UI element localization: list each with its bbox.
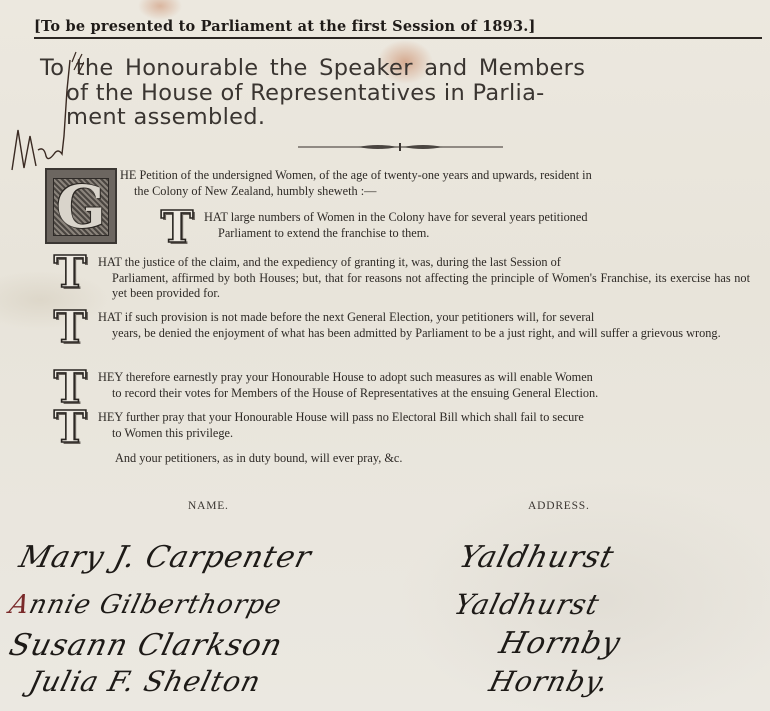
paragraph-3: HAT if such provision is not made before… bbox=[98, 310, 750, 341]
signature-name-1: Mary J. Carpenter bbox=[16, 540, 316, 575]
closing-line: And your petitioners, as in duty bound, … bbox=[115, 451, 615, 467]
signature-name-2: Annie Gilberthorpe bbox=[6, 590, 285, 620]
signature-name-3: Susann Clarkson bbox=[6, 628, 287, 663]
paragraph-5-line-1: HEY further pray that your Honourable Ho… bbox=[98, 410, 750, 426]
paragraph-2-cont: Parliament, affirmed by both Houses; but… bbox=[98, 271, 750, 302]
paragraph-2-line-1: HAT the justice of the claim, and the ex… bbox=[98, 255, 750, 271]
ornate-initial-letter: G bbox=[47, 176, 115, 238]
handwritten-margin-note-icon bbox=[4, 50, 84, 180]
paragraph-3-line-1: HAT if such provision is not made before… bbox=[98, 310, 750, 326]
session-header: [To be presented to Parliament at the fi… bbox=[34, 18, 762, 35]
signature-address-1: Yaldhurst bbox=[456, 540, 618, 575]
address-block: To the Honourable the Speaker and Member… bbox=[40, 56, 760, 130]
paragraph-1-cont: Parliament to extend the franchise to th… bbox=[204, 226, 749, 242]
paragraph-3-cont: years, be denied the enjoyment of what h… bbox=[98, 326, 750, 342]
ornate-initial-block: G bbox=[45, 168, 117, 244]
drop-cap-t-3: T bbox=[45, 310, 95, 350]
preamble-line-2: the Colony of New Zealand, humbly shewet… bbox=[120, 184, 750, 200]
signature-name-4: Julia F. Shelton bbox=[26, 665, 265, 698]
paragraph-1: HAT large numbers of Women in the Colony… bbox=[204, 210, 749, 241]
signature-address-4: Hornby. bbox=[486, 665, 613, 698]
petition-page: [To be presented to Parliament at the fi… bbox=[0, 0, 770, 711]
paragraph-2: HAT the justice of the claim, and the ex… bbox=[98, 255, 750, 302]
paragraph-4: HEY therefore earnestly pray your Honour… bbox=[98, 370, 750, 401]
paragraph-5-cont: to Women this privilege. bbox=[98, 426, 750, 442]
decorative-rule-icon bbox=[298, 143, 503, 151]
paragraph-4-cont: to record their votes for Members of the… bbox=[98, 386, 750, 402]
address-line-2: of the House of Representatives in Parli… bbox=[40, 81, 760, 106]
preamble-paragraph: HE Petition of the undersigned Women, of… bbox=[120, 168, 750, 199]
preamble-line-1: HE Petition of the undersigned Women, of… bbox=[120, 168, 750, 184]
paragraph-1-line-1: HAT large numbers of Women in the Colony… bbox=[204, 210, 749, 226]
paragraph-5: HEY further pray that your Honourable Ho… bbox=[98, 410, 750, 441]
drop-cap-t-5: T bbox=[45, 410, 95, 450]
address-line-3: ment assembled. bbox=[40, 105, 760, 130]
name-column-header: NAME. bbox=[188, 500, 229, 512]
drop-cap-t-1: T bbox=[152, 210, 202, 250]
signature-address-3: Hornby bbox=[496, 626, 625, 661]
signature-address-2: Yaldhurst bbox=[451, 588, 603, 621]
header-rule bbox=[34, 37, 762, 39]
address-line-1: To the Honourable the Speaker and Member… bbox=[40, 56, 760, 81]
drop-cap-t-2: T bbox=[45, 255, 95, 295]
paragraph-4-line-1: HEY therefore earnestly pray your Honour… bbox=[98, 370, 750, 386]
address-column-header: ADDRESS. bbox=[528, 500, 590, 512]
